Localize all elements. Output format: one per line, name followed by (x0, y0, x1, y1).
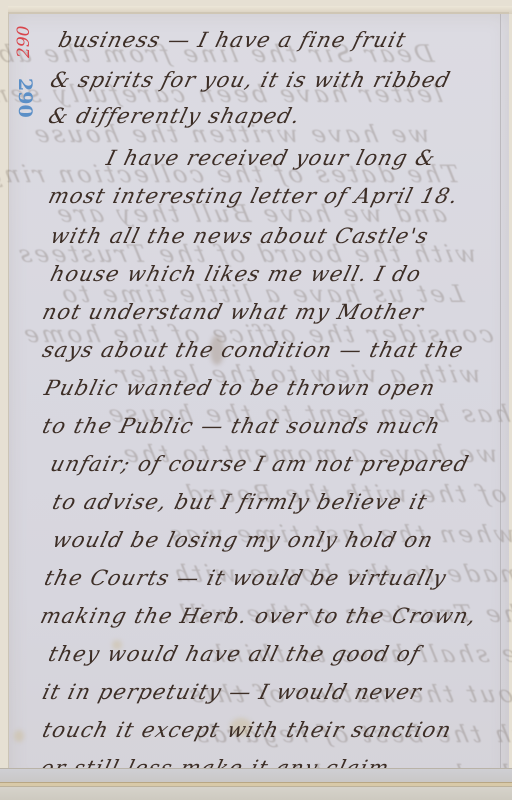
text-line: most interesting letter of April 18. (46, 184, 461, 208)
text-line: says about the condition — that the (40, 338, 467, 362)
text-line: & differently shaped. (46, 104, 303, 128)
page-stack-edge (0, 768, 512, 783)
text-line: I have received your long & (104, 146, 439, 170)
text-line: would be losing my only hold on (50, 528, 436, 552)
page-fold-line (500, 14, 501, 774)
text-line: the Courts — it would be virtually (42, 566, 449, 590)
folio-number-blue: 290 (14, 78, 36, 118)
text-line: house which likes me well. I do (48, 262, 424, 286)
folio-number-red: 290 (14, 26, 34, 58)
text-line: it in perpetuity — I would never (40, 680, 424, 704)
text-line: with all the news about Castle's (48, 224, 432, 248)
page-stack-edge (0, 786, 512, 800)
text-line: not understand what my Mother (40, 300, 427, 324)
text-line: touch it except with their sanction (40, 718, 454, 742)
foxing-stain (14, 730, 24, 742)
text-line: unfair; of course I am not prepared (48, 452, 472, 476)
text-line: business — I have a fine fruit (56, 28, 409, 52)
text-line: making the Herb. over to the Crown, (38, 604, 480, 628)
text-line: they would have all the good of (46, 642, 423, 666)
manuscript-scan: Dear Sir the line from the above letter … (0, 0, 512, 800)
text-line: & spirits for you, it is with ribbed (48, 68, 453, 92)
text-line: Public wanted to be thrown open (42, 376, 438, 400)
text-line: to advise, but I firmly believe it (50, 490, 430, 514)
text-line: to the Public — that sounds much (40, 414, 444, 438)
